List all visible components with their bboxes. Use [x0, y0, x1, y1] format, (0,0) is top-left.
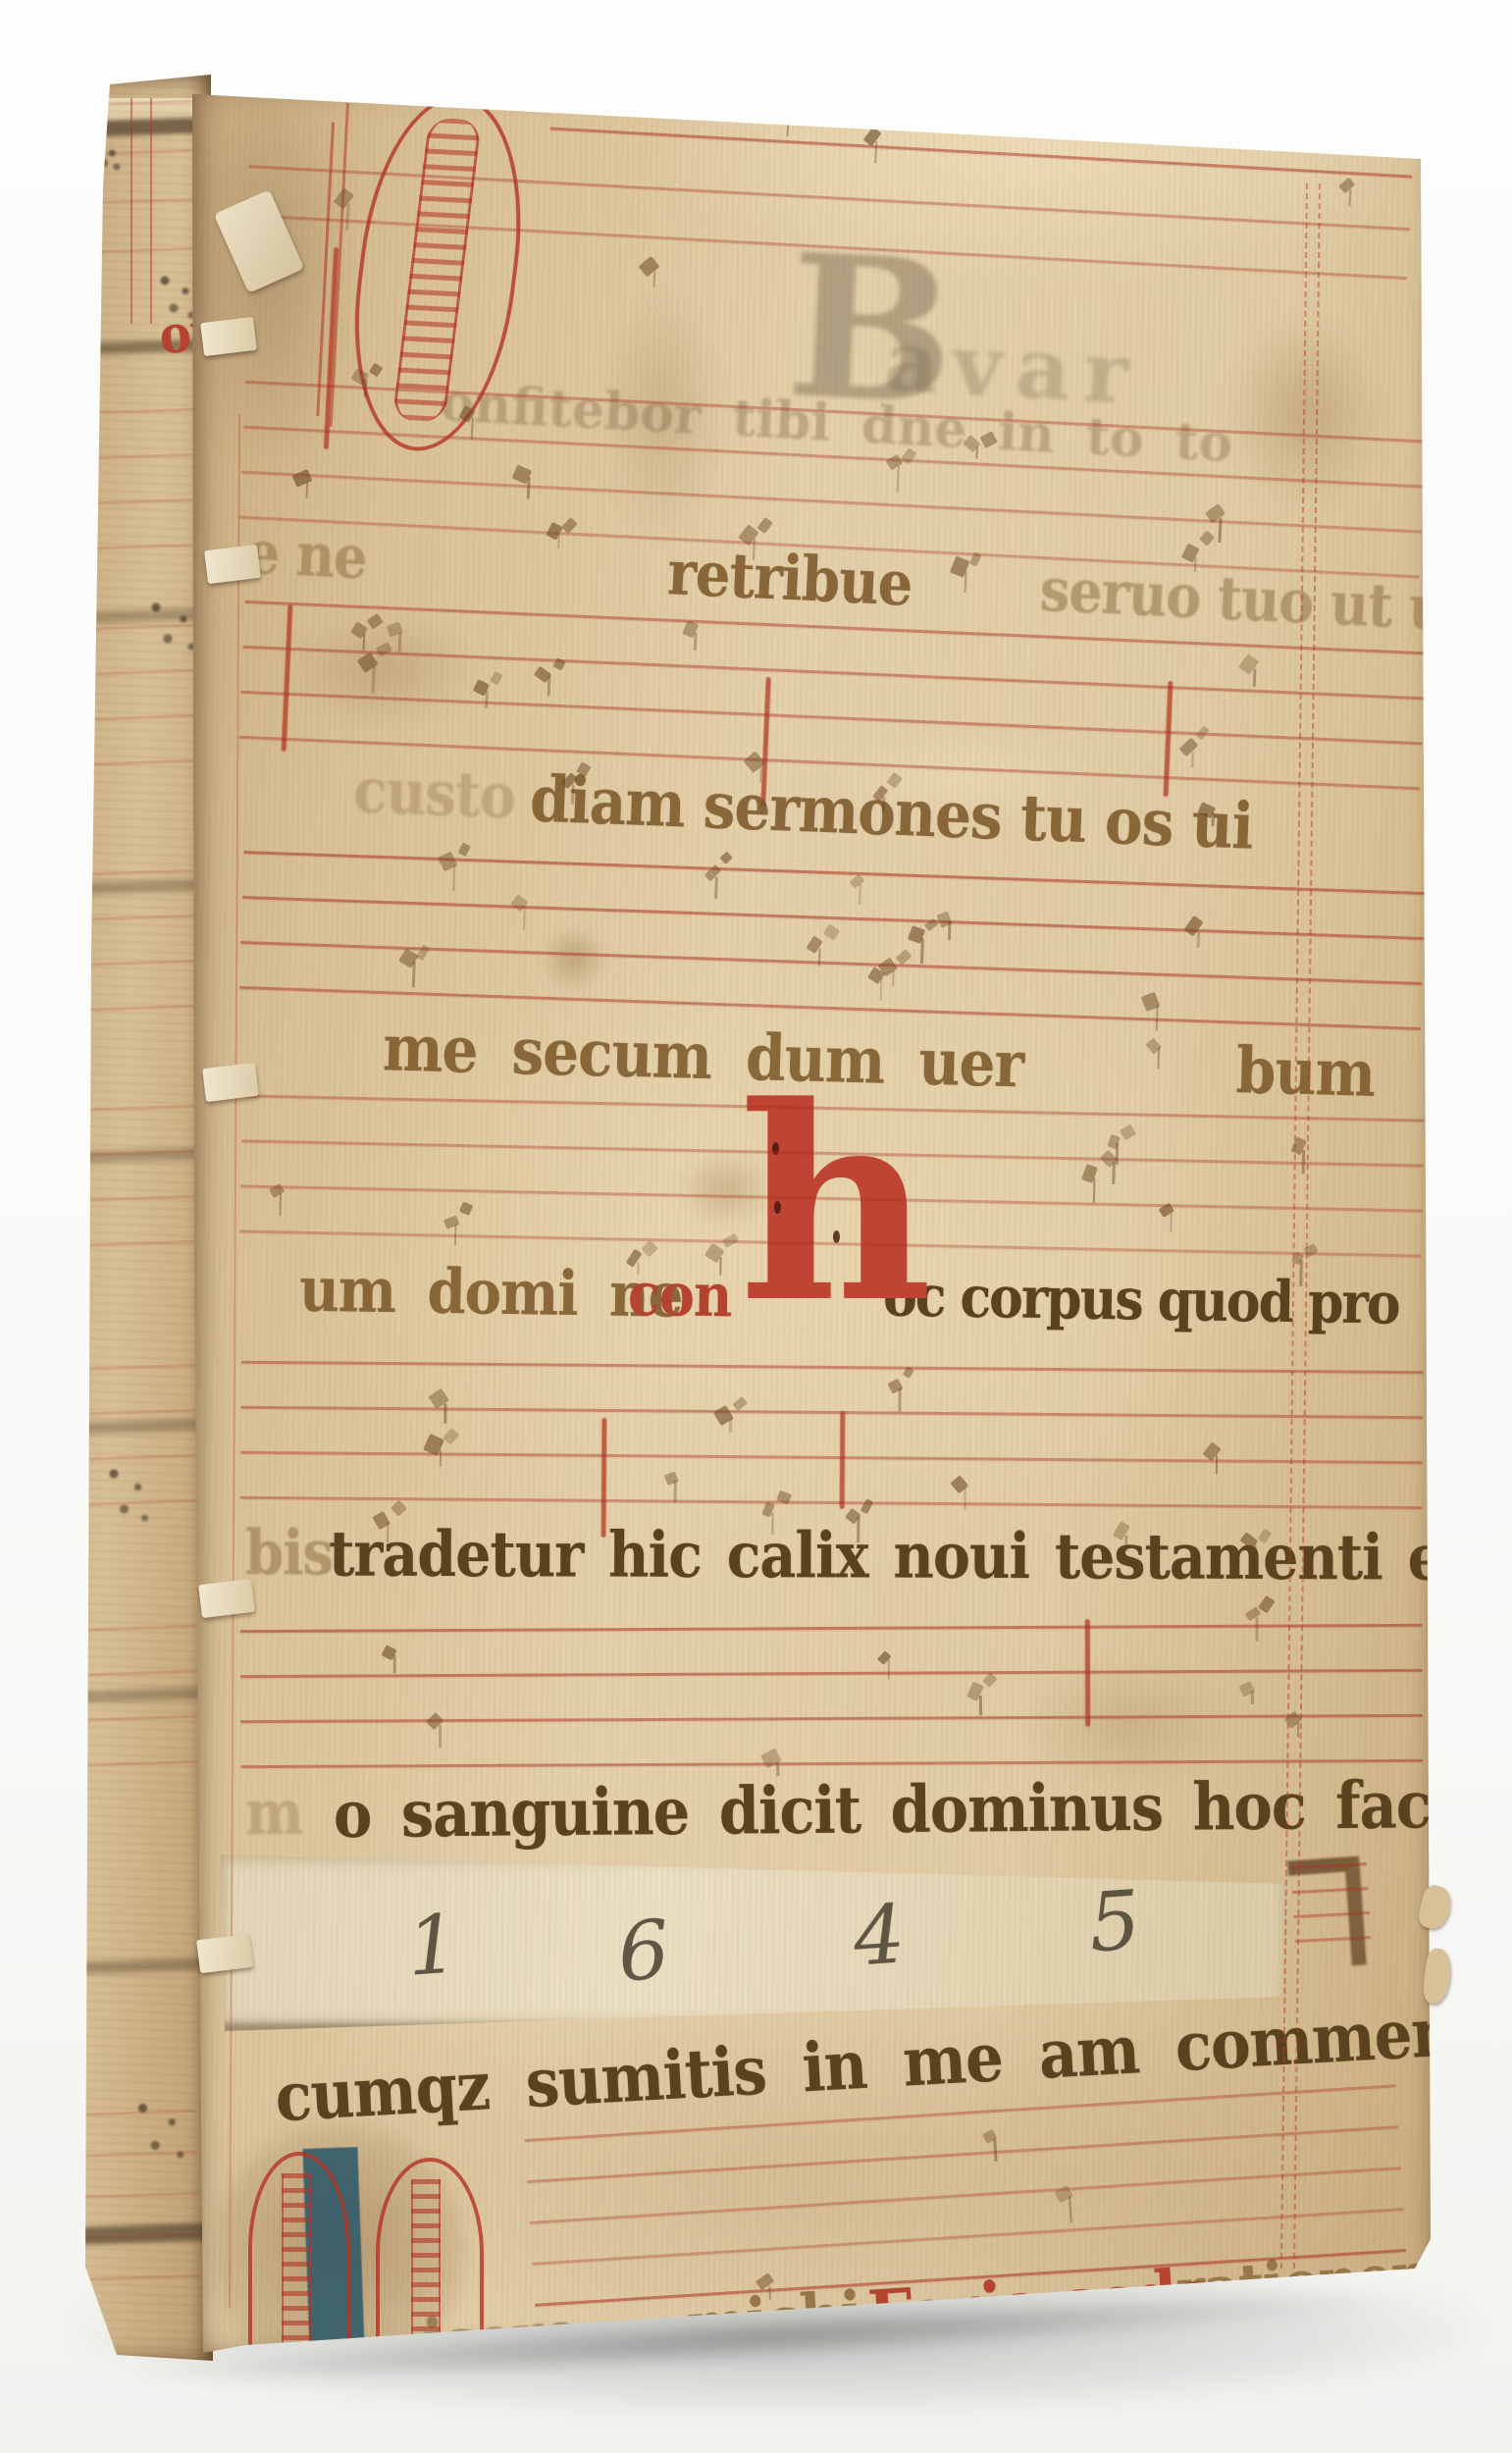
text-fragment: tradetur hic calix noui testamenti est	[329, 1517, 1498, 1594]
neume-head	[878, 957, 898, 976]
neume-head	[903, 1367, 914, 1380]
stave-line	[61, 1105, 196, 1113]
stave-line	[62, 1670, 197, 1678]
neume-stem	[372, 667, 376, 693]
neume-head	[823, 923, 840, 940]
neume-head	[1141, 992, 1161, 1012]
neume-stem	[452, 865, 455, 892]
neume-stem	[1116, 1143, 1119, 1164]
neume-head	[1107, 1134, 1120, 1149]
neume-head	[428, 1388, 449, 1410]
neume-head	[732, 1396, 748, 1411]
text-fragment: m	[245, 1777, 303, 1850]
neume-stem	[979, 1696, 982, 1715]
vellum-tab	[204, 545, 261, 584]
text-fragment: bis	[245, 1517, 333, 1590]
stave-line	[240, 1714, 1423, 1723]
stave-line	[60, 2110, 195, 2117]
neume-head	[1205, 503, 1226, 524]
stave-line	[62, 2151, 197, 2159]
neume-stem	[892, 970, 895, 987]
spine-raised-band	[56, 607, 207, 624]
neume-stem	[899, 1388, 902, 1412]
neume-stem	[674, 1481, 677, 1503]
neume-stem	[547, 676, 550, 696]
stave-line	[241, 1361, 1424, 1375]
neume-stem	[1191, 753, 1194, 767]
neume-stem	[1069, 2197, 1072, 2223]
neume-head	[397, 948, 418, 968]
stave-line	[63, 2192, 198, 2200]
neume-head	[416, 944, 431, 961]
neume-head	[1338, 178, 1355, 194]
neume-head	[473, 679, 491, 696]
neume-stem	[859, 884, 861, 905]
stave-line	[527, 2125, 1398, 2183]
stave-line	[242, 646, 1424, 701]
text-fragment: custo	[352, 755, 516, 833]
neume-head	[1120, 1124, 1137, 1141]
stave-line	[240, 941, 1422, 985]
neume-head	[1159, 1203, 1174, 1219]
stave-line	[240, 1759, 1423, 1768]
neume-head	[895, 949, 912, 966]
music-stave	[547, 78, 1415, 225]
stave-line	[240, 1496, 1423, 1510]
penwork-doodle	[118, 2080, 201, 2173]
neume-stem	[729, 1419, 732, 1434]
text-fragment: oc corpus quod pro	[883, 1263, 1400, 1338]
neume-stem	[1256, 1617, 1259, 1642]
neume-head	[1099, 1150, 1118, 1169]
stave-line	[61, 1364, 196, 1372]
stave-line	[62, 1409, 197, 1417]
neume-head	[722, 1233, 739, 1248]
stave-line	[64, 498, 199, 506]
neume-head	[1183, 915, 1203, 937]
neume-head	[936, 912, 952, 928]
neume-head	[553, 657, 566, 670]
stave-line	[242, 896, 1424, 940]
neume-stem	[1219, 518, 1223, 542]
book-spine	[54, 69, 213, 2373]
neume-stem	[714, 877, 717, 899]
spine-stave-stub	[61, 100, 203, 301]
neume-head	[438, 852, 457, 872]
neume-head	[639, 256, 660, 278]
neume-head	[349, 621, 368, 640]
neume-head	[966, 1681, 984, 1701]
stave-line	[66, 1240, 201, 1248]
initial-H: H	[739, 1083, 933, 1329]
spine-raised-band	[56, 878, 207, 895]
neume-head	[1245, 1606, 1262, 1621]
neume-head	[268, 1183, 285, 1199]
chant-text-line: bis tradetur hic calix noui testamenti e…	[245, 1517, 1433, 1605]
neume-head	[491, 671, 503, 685]
neume-head	[443, 1215, 459, 1228]
neume-head	[1238, 1681, 1255, 1697]
neume-head	[1081, 1164, 1098, 1183]
label-digit: 4	[851, 1888, 909, 1984]
text-fragment: o sanguine dicit dominus hoc facite	[334, 1766, 1512, 1853]
stave-line	[550, 127, 1413, 178]
neume-head	[908, 925, 925, 944]
neume-head	[510, 894, 528, 912]
neume-head	[357, 652, 379, 674]
vellum-stain	[540, 924, 608, 993]
penwork-doodle	[93, 1447, 162, 1536]
neume-stem	[398, 632, 401, 652]
stave-line	[62, 914, 197, 922]
text-fragment: tu os ui	[1019, 780, 1255, 863]
neume-stem	[527, 478, 531, 498]
stave-line	[64, 198, 199, 206]
spine-stave-stub	[61, 869, 202, 1055]
neume-head	[713, 1404, 734, 1425]
spine-raised-band	[56, 1147, 207, 1164]
neume-head	[459, 1202, 473, 1216]
neume-stem	[1155, 1005, 1158, 1030]
spine-head-band	[54, 117, 211, 138]
vellum-tab	[198, 1579, 255, 1618]
neume-stem	[1253, 668, 1256, 686]
stave-line	[61, 1625, 196, 1633]
stave-line	[64, 1195, 199, 1203]
stave-line	[240, 1624, 1423, 1633]
stave-line	[66, 1760, 201, 1768]
stave-line	[61, 624, 196, 632]
neume-stem	[874, 141, 878, 163]
neume-head	[862, 127, 881, 146]
neume-head	[1198, 531, 1214, 547]
text-fragment: seruo tuo ut ui	[1038, 554, 1467, 645]
spine-vertical-ruling	[150, 98, 152, 324]
spine-vertical-ruling	[130, 98, 132, 324]
neume-stem	[305, 483, 308, 497]
neume-head	[860, 1498, 874, 1514]
stave-line	[61, 869, 196, 877]
text-fragment: um domi ne	[299, 1253, 683, 1331]
neume-head	[877, 1651, 892, 1666]
neume-head	[458, 843, 471, 858]
stave-line	[66, 759, 201, 767]
neume-head	[423, 1434, 444, 1456]
neume-head	[982, 1672, 998, 1688]
vellum-tab	[196, 1934, 253, 1973]
stave-line	[64, 714, 199, 722]
label-digit: 1	[404, 1898, 462, 1994]
stave-line	[530, 2166, 1401, 2224]
neume-head	[1181, 544, 1199, 563]
neume-head	[1178, 738, 1198, 757]
label-digit: 5	[1086, 1874, 1144, 1970]
spine-stave-stub	[61, 1364, 202, 1549]
neume-stem	[1216, 1456, 1219, 1475]
communio-rubric: con	[628, 1259, 732, 1331]
neume-head	[950, 1475, 968, 1493]
chant-text-line: e ne retribue seruo tuo ut ui	[244, 517, 1434, 657]
neume-stem	[694, 632, 697, 651]
stave-line	[61, 100, 196, 108]
neume-head	[762, 1501, 776, 1517]
initial-C: C	[314, 83, 549, 467]
neume-head	[291, 469, 312, 487]
neume-head	[682, 620, 699, 638]
neume-head	[792, 92, 808, 108]
front-cover: B avar onfitebor tibi dne in to to C e n…	[186, 80, 1440, 2365]
stave-line	[61, 408, 196, 416]
neume-stem	[879, 978, 882, 1002]
vellum-stain	[285, 610, 481, 728]
spine-raised-band	[56, 1418, 207, 1435]
neume-head	[982, 2129, 998, 2145]
text-fragment: e ne	[244, 517, 368, 593]
neume-head	[1195, 725, 1210, 740]
neume-stem	[818, 948, 821, 966]
neume-head	[776, 102, 793, 120]
spine-headcap	[54, 98, 211, 122]
spine-raised-band	[56, 1957, 207, 1974]
stave-line	[240, 1669, 1423, 1678]
stave-line	[62, 149, 197, 157]
neume-stem	[1113, 1162, 1116, 1184]
stave-line	[240, 691, 1422, 746]
vellum-tab	[202, 1063, 259, 1102]
stave-line	[66, 1005, 201, 1013]
neume-head	[663, 1471, 678, 1486]
penwork-doodle	[83, 135, 128, 175]
spine-stave-stub	[61, 1105, 202, 1290]
vellum-tab	[200, 317, 257, 356]
neume-stem	[279, 1193, 282, 1216]
stave-line	[64, 1715, 199, 1723]
spine-stave-stub	[61, 624, 202, 809]
neume-stem	[1093, 1177, 1096, 1203]
neume-head	[387, 621, 403, 637]
stave-line	[62, 453, 197, 461]
neume-head	[534, 666, 552, 684]
stave-line	[62, 1150, 197, 1158]
shelf-label: 1 6 4 5	[221, 1854, 1288, 2033]
neume-head	[1055, 2185, 1073, 2203]
neume-stem	[994, 2139, 998, 2163]
neume-stem	[439, 1725, 442, 1748]
stave-line	[240, 1406, 1423, 1420]
stave-line	[552, 78, 1415, 130]
neume-stem	[1197, 931, 1200, 949]
neume-stem	[1251, 1692, 1254, 1704]
neume-head	[887, 1379, 903, 1394]
spine-stave-stub	[61, 1625, 202, 1810]
neume-head	[756, 517, 773, 534]
neume-head	[367, 613, 384, 629]
neume-head	[1239, 653, 1260, 675]
neume-stem	[523, 906, 526, 930]
neume-head	[849, 874, 864, 889]
neume-head	[641, 1240, 658, 1258]
photo-background: off. B avar onfitebor tibi dne in to to …	[0, 0, 1512, 2453]
spine-tail-band	[58, 2222, 208, 2245]
neume-stem	[454, 1225, 457, 1245]
chant-text-line: custo diam sermones tu os ui	[244, 751, 1434, 880]
stave-line	[65, 2233, 200, 2241]
stave-barline	[1164, 681, 1173, 797]
neume-head	[924, 918, 938, 931]
spine-stave-stub	[61, 408, 202, 594]
stave-line	[64, 960, 199, 967]
neume-stem	[920, 938, 923, 964]
text-fragment: diam sermones	[529, 761, 1003, 855]
stave-line	[62, 669, 197, 677]
text-fragment: retribue	[666, 537, 913, 621]
neume-stem	[362, 633, 365, 651]
stave-barline	[282, 604, 293, 752]
stave-line	[240, 1451, 1423, 1465]
label-digit: 6	[615, 1904, 673, 2000]
stave-barline	[1085, 1619, 1090, 1727]
stave-line	[66, 1499, 201, 1507]
neume-head	[377, 642, 393, 657]
neume-head	[760, 1748, 782, 1769]
neume-stem	[444, 1403, 447, 1424]
neume-stem	[786, 115, 790, 136]
neume-head	[382, 1645, 397, 1661]
neume-stem	[948, 921, 951, 940]
neume-head	[807, 935, 824, 954]
neume-stem	[393, 1654, 396, 1673]
neume-head	[391, 1500, 407, 1517]
stave-line	[66, 544, 201, 551]
neume-head	[776, 1489, 792, 1504]
neume-head	[426, 1712, 444, 1731]
neume-head	[1202, 1442, 1221, 1462]
neume-stem	[1170, 1213, 1173, 1232]
neume-stem	[412, 962, 415, 987]
stave-line	[64, 1454, 199, 1462]
neume-head	[512, 464, 532, 484]
neume-stem	[888, 1660, 891, 1679]
neume-head	[867, 966, 885, 984]
neume-stem	[440, 1449, 443, 1466]
stave-line	[66, 247, 201, 255]
neume-stem	[964, 1487, 966, 1510]
spine-raised-band	[56, 1687, 207, 1703]
chant-text-line: m o sanguine dicit dominus hoc facite	[245, 1767, 1434, 1862]
neume-head	[443, 1428, 460, 1445]
neume-stem	[485, 690, 488, 708]
neume-stem	[1348, 188, 1351, 206]
stave-barline	[840, 1411, 846, 1509]
neume-head	[704, 864, 722, 882]
